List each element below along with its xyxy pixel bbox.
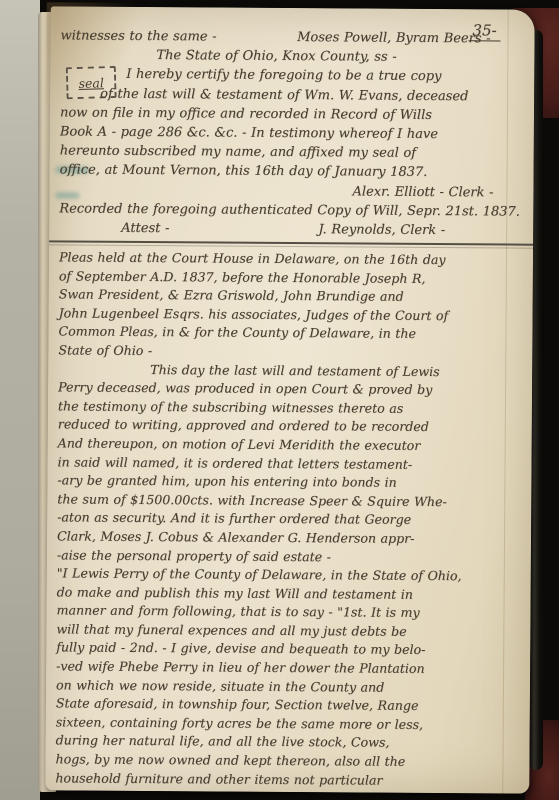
court-record-section: Pleas held at the Court House in Delawar…	[55, 248, 505, 790]
doc-line: I hereby certify the foregoing to be a t…	[60, 65, 504, 87]
doc-line-right: J. Reynolds, Clerk -	[318, 220, 445, 240]
doc-line: office, at Mount Vernon, this 16th day o…	[60, 161, 504, 183]
record-page: 35- seal witnesses to the same -Moses Po…	[45, 6, 534, 793]
doc-line: Clark, Moses J. Cobus & Alexander G. Hen…	[57, 527, 503, 549]
doc-line: witnesses to the same -Moses Powell, Byr…	[60, 26, 504, 48]
certificate-section: witnesses to the same -Moses Powell, Byr…	[59, 26, 504, 240]
doc-line: And thereupon, on motion of Levi Meridit…	[58, 434, 504, 456]
doc-line: Attest -J. Reynolds, Clerk -	[59, 218, 503, 240]
doc-line: State of Ohio -	[58, 341, 504, 363]
section-divider	[49, 240, 533, 248]
doc-line-right: Moses Powell, Byram Beers -	[297, 28, 491, 49]
doc-line-left: witnesses to the same -	[60, 26, 216, 46]
doc-line: household furniture and other items not …	[55, 769, 501, 791]
doc-line: Pleas held at the Court House in Delawar…	[59, 248, 505, 270]
table-backdrop-strip	[0, 0, 40, 800]
doc-line-left: Attest -	[121, 219, 169, 239]
